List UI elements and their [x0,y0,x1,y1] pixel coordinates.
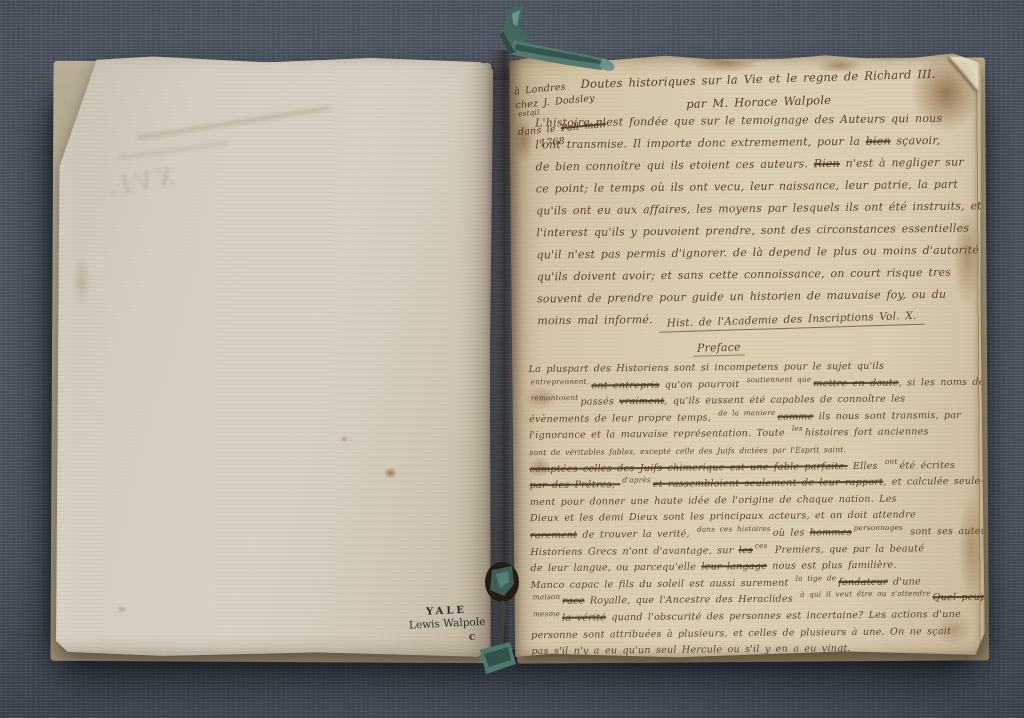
handwritten-text: passés [580,396,619,407]
handwritten-text: l'ignorance et la mauvaise représentatio… [529,428,790,442]
inserted-text: mesme [533,606,560,623]
handwritten-text: de trouver la verité, [577,528,695,540]
handwritten-text: l'interest qu'ils y pouvoient prendre, s… [536,222,969,240]
handwritten-text: sont de véritables fables, excepté celle… [529,445,846,457]
preface-paragraph: La pluspart des Historiens sont si incom… [529,358,980,660]
library-stamp: YALE Lewis Walpole [388,603,493,633]
bleedthrough-smudge [119,141,228,159]
foxing-spot [381,465,399,480]
foxing-spot [340,435,349,443]
struck-text: et rassembloient seulement de leur rappo… [653,477,883,490]
handwritten-text: histoires fort anciennes [805,427,929,439]
photograph-of-open-manuscript: XVI. c YALE Lewis Walpole [0,0,1024,718]
edge-discoloration [68,246,94,316]
inserted-text: remontoient [531,390,579,407]
handwritten-text: où les [773,527,810,538]
handwritten-text: , si les noms des temps [899,376,985,388]
inserted-text: soutiennent que [747,371,812,388]
ink-mark: c [469,630,476,643]
struck-text: vraiment [619,396,664,407]
handwritten-text: pas s'il n'y a eu qu'un seul Hercule ou … [531,643,851,657]
handwritten-text: Elles [848,460,883,471]
inserted-text: à qui il veut être ou s'attendre [800,586,931,604]
handwritten-text: qu'ils doivent avoir; et sans cette conn… [537,266,951,284]
handwritten-text: été écrites [899,460,955,472]
right-page: à Londreschez J. Dodsleyestqildans le Pa… [509,53,985,660]
struck-text: leur langage [701,561,767,573]
struck-text: la vérité [562,612,606,623]
handwritten-text: moins mal informé. [537,313,653,327]
handwritten-text: qu'ils ont eu aux affaires, les moyens p… [536,199,982,217]
manuscript-line: pas s'il n'y a eu qu'un seul Hercule ou … [531,640,979,660]
handwritten-text: quand l'obscurité des personnes est ince… [606,609,961,623]
struck-text: bien [866,134,891,147]
section-heading-preface: Preface [693,341,745,357]
struck-text: les [739,545,753,556]
inserted-text: d'après [622,472,651,489]
struck-text: par des Prêtres, [530,479,621,491]
struck-text: rarement [530,530,577,541]
handwritten-text: Royalle, que l'Ancestre des Heraclides [585,594,799,607]
handwritten-text: , et calculée seule- [883,476,984,488]
handwritten-text: Manco capac le fils du soleil est aussi … [531,577,794,591]
left-page-wrap: XVI. c YALE Lewis Walpole [56,57,492,657]
inserted-text: dans ces histoires [697,521,771,538]
handwritten-text: Premiers, que par la beauté [770,543,925,555]
handwritten-text: de leur langue, ou parcequ'elle [530,562,701,575]
right-page-wrap: à Londreschez J. Dodsleyestqildans le Pa… [511,54,983,658]
ink-bleedthrough: XVI. [85,90,396,234]
handwritten-text: sçavoir, [891,134,941,148]
struck-text: hommes [810,527,852,538]
handwritten-text: Historiens Grecs n'ont d'avantage, sur [530,545,738,558]
handwritten-text: l'ont transmise. Il importe donc extreme… [535,135,866,152]
foxing-spot [115,604,129,614]
inserted-text: ces [755,538,768,555]
handwritten-text: ils nous sont transmis, par [813,410,961,422]
handwritten-text: souvent de prendre pour guide un histori… [537,288,946,306]
inserted-text: les [792,421,803,438]
inserted-text: la tige de [796,570,837,587]
handwritten-text: de bien connoître qui ils etoient ces au… [535,157,813,173]
struck-text: comptées celles des Juifs chimerique est… [529,461,847,475]
struck-text: ont entrepris [591,379,659,391]
handwritten-text: L'histoire n'est fondée que sur le temoi… [535,112,942,130]
handwritten-text: qu'il n'est pas permis d'ignorer. de là … [536,243,979,261]
handwritten-text: évènements de leur propre temps, [529,412,716,425]
inserted-text: de la maniere [718,405,775,422]
struck-text: mettre en doute [813,377,898,389]
inserted-text: entreprennent, [531,373,590,390]
left-page: XVI. c YALE Lewis Walpole [55,56,494,658]
handwritten-text: , qu'ils eussent été capables de connoît… [664,394,905,407]
handwritten-text: personne sont attribuées à plusieurs, et… [531,626,951,641]
bleedthrough-mirrored-text: XVI. [101,165,175,202]
bleedthrough-smudge [137,107,330,140]
struck-text: Rien [814,157,840,170]
handwritten-text: n'est à negliger sur [840,156,964,170]
epigraph-paragraph: L'histoire n'est fondée que sur le temoi… [535,107,975,332]
inserted-text: ont [885,453,898,470]
handwritten-text: sont ses auteurs. Les [905,525,985,537]
struck-text: race [562,596,584,607]
handwritten-text: qu'on pourroit [659,379,744,391]
inserted-text: personnages [854,520,903,537]
handwritten-text: ce point; le temps où ils ont vecu, leur… [536,178,958,196]
inserted-text: maison [533,589,561,606]
struck-text: Quel peuple pour en étendre [933,591,985,603]
handwritten-text: ment pour donner une haute idée de l'ori… [530,493,897,508]
